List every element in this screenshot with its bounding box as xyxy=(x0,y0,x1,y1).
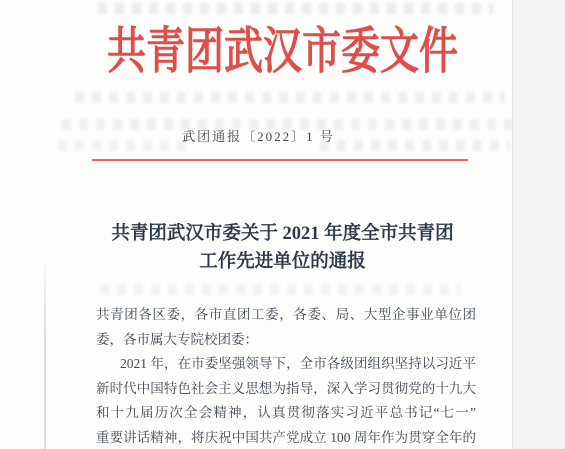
salutation-line-1: 共青团各区委，各市直团工委，各委、局、大型企事业单位团 xyxy=(96,303,476,328)
body-line-2: 新时代中国特色社会主义思想为指导，深入学习贯彻党的十九大 xyxy=(96,377,476,402)
document-header-title: 共青团武汉市委文件 xyxy=(62,26,503,76)
document-number: 武团通报〔2022〕1 号 xyxy=(0,129,541,145)
document-page: 共青团武汉市委文件 武团通报〔2022〕1 号 共青团武汉市委关于 2021 年… xyxy=(0,0,565,449)
body-line-1: 2021 年，在市委坚强领导下，全市各级团组织坚持以习近平 xyxy=(96,352,476,377)
body-line-4: 重要讲话精神，将庆祝中国共产党成立 100 周年作为贯穿全年的 xyxy=(96,426,476,449)
salutation-line-2: 委，各市属大专院校团委： xyxy=(96,328,476,353)
document-body: 共青团各区委，各市直团工委，各委、局、大型企事业单位团 委，各市属大专院校团委：… xyxy=(96,303,476,449)
scan-edge-band xyxy=(512,0,565,449)
ghost-bleed-row xyxy=(75,92,505,103)
body-line-3: 和十九届历次全会精神，认真贯彻落实习近平总书记“七一” xyxy=(96,401,476,426)
ghost-bleed-row xyxy=(100,284,460,295)
document-title: 共青团武汉市委关于 2021 年度全市共青团 工作先进单位的通报 xyxy=(60,221,505,276)
ghost-bleed-row xyxy=(98,3,493,14)
red-separator-line xyxy=(92,159,468,161)
document-title-line-1: 共青团武汉市委关于 2021 年度全市共青团 xyxy=(60,221,505,249)
page-left-shadow xyxy=(44,252,46,449)
document-title-line-2: 工作先进单位的通报 xyxy=(60,249,505,277)
